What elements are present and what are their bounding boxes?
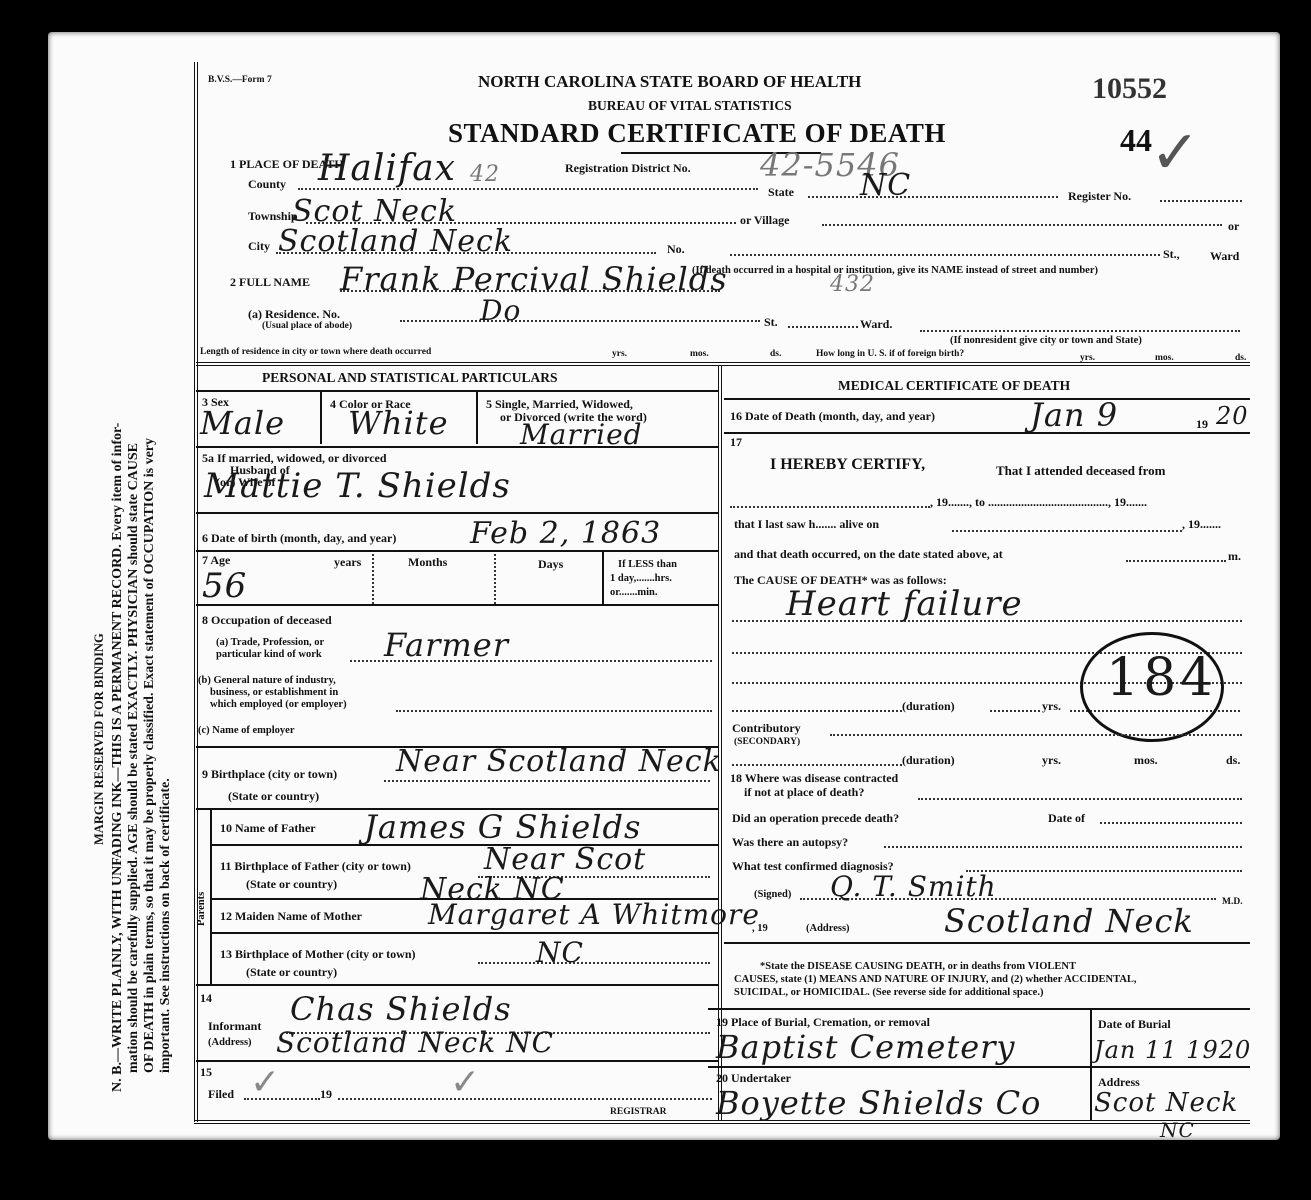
md-label: M.D. [1222, 896, 1243, 909]
trade-value: Farmer [384, 626, 509, 664]
footnote-line1: *State the DISEASE CAUSING DEATH, or in … [760, 960, 1076, 973]
residence-yrs-label: yrs. [612, 348, 627, 361]
county-note: 42 [470, 162, 500, 187]
birthplace-value: Near Scotland Neck [396, 744, 722, 779]
document-title: STANDARD CERTIFICATE OF DEATH [448, 118, 946, 149]
city-ward-label: Ward [1210, 250, 1239, 263]
secondary-yrs-label: yrs. [1042, 754, 1061, 767]
county-value: Halifax [318, 148, 456, 189]
father-birthplace-label: 11 Birthplace of Father (city or town) [220, 860, 411, 873]
state-value: NC [860, 168, 911, 203]
burial-date-label: Date of Burial [1098, 1018, 1171, 1031]
form-id: B.V.S.—Form 7 [208, 74, 272, 87]
header-divider [196, 362, 1250, 366]
less-than-label-line3: or.......min. [610, 586, 657, 599]
margin-reserved-text: MARGIN RESERVED FOR BINDING [92, 633, 107, 845]
informant-number: 14 [200, 992, 212, 1005]
register-no-label: Register No. [1068, 190, 1131, 203]
length-of-residence-label: Length of residence in city or town wher… [200, 346, 431, 359]
personal-section-header: PERSONAL AND STATISTICAL PARTICULARS [262, 370, 557, 386]
full-name-value: Frank Percival Shields [340, 260, 728, 298]
secondary-duration-label: (duration) [902, 754, 955, 767]
margin-instruction-line1: N. B.—WRITE PLAINLY, WITH UNFADING INK—T… [110, 423, 126, 1092]
residence-value: Do [480, 294, 521, 327]
check-mark-icon: ✓ [1150, 118, 1200, 188]
father-birthplace-sublabel: (State or country) [246, 878, 337, 891]
medical-section-header: MEDICAL CERTIFICATE OF DEATH [838, 378, 1070, 394]
age-months-label: Months [408, 556, 447, 569]
dob-label: 6 Date of birth (month, day, and year) [202, 532, 396, 545]
filed-year-label: 19 [320, 1088, 332, 1101]
residence-st-label: St. [764, 316, 778, 329]
or-label: or [1228, 220, 1239, 233]
dob-value: Feb 2, 1863 [470, 516, 661, 551]
date-of-death-value: Jan 9 [1030, 396, 1118, 434]
occupation-label: 8 Occupation of deceased [202, 614, 332, 627]
foreign-birth-label: How long in U. S. if of foreign birth? [816, 348, 964, 361]
filed-check-icon: ✓ [250, 1062, 280, 1103]
birthplace-label: 9 Birthplace (city or town) [202, 768, 337, 781]
industry-label-line3: which employed (or employer) [210, 698, 347, 711]
burial-place-value: Baptist Cemetery [716, 1028, 1016, 1066]
secondary-mos-label: mos. [1134, 754, 1158, 767]
date-of-death-label: 16 Date of Death (month, day, and year) [730, 410, 935, 423]
column-divider [718, 366, 722, 1120]
operation-label: Did an operation precede death? [732, 812, 899, 825]
residence-sublabel: (Usual place of abode) [262, 320, 352, 333]
stamp-number: 10552 [1092, 72, 1167, 106]
date-of-death-year: 20 [1216, 402, 1249, 430]
age-days-label: Days [538, 558, 563, 571]
secondary-ds-label: ds. [1226, 754, 1240, 767]
secondary-label: (SECONDARY) [734, 736, 800, 749]
registrar-check-icon: ✓ [450, 1062, 480, 1103]
primary-duration-label: (duration) [902, 700, 955, 713]
birthplace-sublabel: (State or country) [228, 790, 319, 803]
less-than-label-line1: If LESS than [618, 558, 677, 571]
city-no-label: No. [667, 243, 685, 256]
contracted-label-line2: if not at place of death? [744, 786, 864, 799]
registrar-label: REGISTRAR [610, 1106, 667, 1119]
undertaker-address-state: NC [1160, 1118, 1195, 1142]
city-st-label: St., [1163, 248, 1180, 261]
parents-label: Parents [196, 892, 207, 926]
certify-heading: I HEREBY CERTIFY, [770, 456, 925, 474]
informant-address-label: (Address) [208, 1036, 252, 1049]
contributory-label: Contributory [732, 722, 801, 735]
physician-address-value: Scotland Neck [944, 902, 1194, 940]
mother-birthplace-value: NC [536, 936, 584, 969]
mother-birthplace-label: 13 Birthplace of Mother (city or town) [220, 948, 416, 961]
frame-left-border [194, 62, 198, 1122]
attended-dates: , 19......., to ........................… [930, 496, 1147, 509]
margin-instruction-line3: OF DEATH in plain terms, so that it may … [142, 438, 158, 1073]
trade-label-line2: particular kind of work [216, 648, 322, 661]
father-name-label: 10 Name of Father [220, 822, 316, 835]
last-saw-label: that I last saw h....... alive on [734, 518, 879, 531]
filed-label: Filed [208, 1088, 234, 1101]
autopsy-label: Was there an autopsy? [732, 836, 848, 849]
death-time-suffix: m. [1228, 550, 1241, 563]
residence-ds-label: ds. [770, 348, 781, 361]
father-name-value: James G Shields [364, 808, 641, 846]
footnote-line2: CAUSES, state (1) MEANS AND NATURE OF IN… [734, 973, 1137, 986]
less-than-label-line2: 1 day,.......hrs. [610, 572, 672, 585]
margin-instruction-line4: important. See instructions on back of c… [158, 778, 174, 1073]
nonresident-note: (If nonresident give city or town and St… [950, 334, 1142, 347]
residence-ward-label: Ward. [860, 318, 892, 331]
race-value: White [348, 404, 449, 442]
mother-birthplace-sublabel: (State or country) [246, 966, 337, 979]
burial-date-value: Jan 11 1920 [1094, 1036, 1251, 1064]
issuer-heading: NORTH CAROLINA STATE BOARD OF HEALTH [478, 72, 861, 92]
reg-district-label: Registration District No. [565, 162, 691, 175]
state-label: State [768, 186, 794, 199]
certify-text: That I attended deceased from [996, 464, 1165, 477]
date-of-death-century: 19 [1196, 418, 1208, 431]
residence-mos-label: mos. [690, 348, 709, 361]
age-years-label: years [334, 556, 361, 569]
operation-date-label: Date of [1048, 812, 1085, 825]
city-label: City [248, 240, 270, 253]
county-label: County [248, 178, 286, 191]
city-value: Scotland Neck [278, 224, 513, 259]
signed-label: (Signed) [754, 888, 791, 901]
physician-address-label: (Address) [806, 922, 850, 935]
signature-year-label: , 19 [752, 922, 768, 935]
death-time-label: and that death occurred, on the date sta… [734, 548, 1003, 561]
undertaker-value: Boyette Shields Co [716, 1084, 1041, 1122]
mother-maiden-name-label: 12 Maiden Name of Mother [220, 910, 362, 923]
hospital-note: (If death occurred in a hospital or inst… [692, 264, 1098, 277]
circled-cause-code: 184 [1106, 648, 1217, 708]
filed-number: 15 [200, 1066, 212, 1079]
footnote-line3: SUICIDAL, or HOMICIDAL. (See reverse sid… [734, 986, 1043, 999]
mother-maiden-name-value: Margaret A Whitmore [428, 898, 760, 931]
township-label: Township [248, 210, 298, 223]
primary-yrs-label: yrs. [1042, 700, 1061, 713]
cause-of-death-value: Heart failure [786, 584, 1023, 624]
informant-address-value: Scotland Neck NC [276, 1026, 554, 1059]
margin-instruction-line2: mation should be carefully supplied. AGE… [126, 443, 142, 1073]
undertaker-address-value: Scot Neck [1094, 1088, 1238, 1118]
sex-value: Male [200, 404, 285, 442]
full-name-note: 432 [830, 272, 875, 297]
informant-value: Chas Shields [290, 990, 512, 1028]
physician-signature: Q. T. Smith [830, 870, 997, 903]
contracted-label-line1: 18 Where was disease contracted [730, 772, 898, 785]
bureau-heading: BUREAU OF VITAL STATISTICS [588, 98, 792, 114]
employer-label: (c) Name of employer [198, 724, 295, 737]
spouse-value: Mattie T. Shields [204, 466, 511, 506]
village-label: or Village [740, 214, 789, 227]
item-17-number: 17 [730, 436, 742, 449]
full-name-label: 2 FULL NAME [230, 276, 310, 289]
age-value: 56 [202, 566, 247, 606]
last-saw-year: , 19....... [1182, 518, 1221, 531]
informant-label: Informant [208, 1020, 261, 1033]
sheet-number: 44 [1120, 122, 1152, 159]
